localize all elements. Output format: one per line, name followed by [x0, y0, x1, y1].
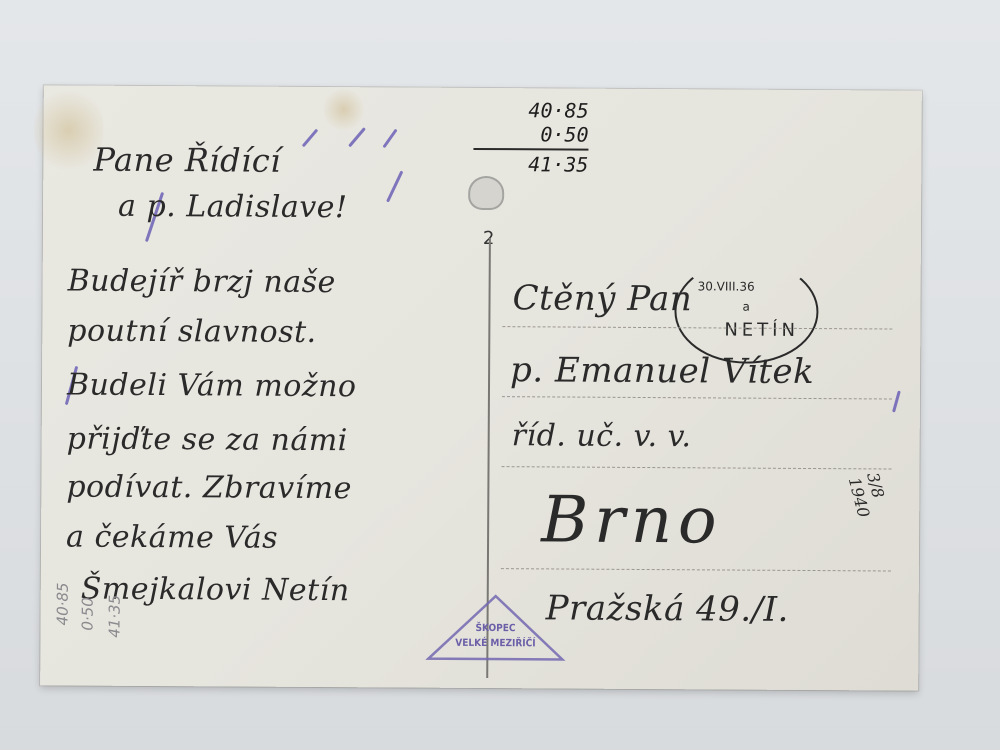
message-line: Budejíř brzj naše	[68, 263, 336, 300]
message-line: poutní slavnost.	[67, 313, 317, 350]
embossed-seal-icon	[468, 176, 504, 210]
calc-line-1: 40·85	[484, 98, 589, 123]
address-salutation: Ctěný Pan	[512, 278, 692, 319]
address-line	[501, 568, 891, 572]
blue-pencil-mark	[386, 170, 403, 202]
message-line: a p. Ladislave!	[118, 189, 348, 225]
address-title: říd. uč. v. v.	[512, 418, 692, 454]
address-line	[502, 466, 892, 470]
message-line: Pane Řídící	[93, 141, 281, 180]
blue-pencil-mark	[892, 391, 901, 413]
calc-line-2: 0·50	[483, 122, 588, 147]
address-line	[502, 396, 892, 400]
pencil-note-line: 40·85	[53, 582, 73, 625]
age-stain	[324, 87, 364, 132]
address-name: p. Emanuel Vítek	[510, 350, 814, 392]
postcard: 40·85 0·50 41·35 2 Pane Řídící a p. Ladi…	[40, 85, 922, 690]
blue-pencil-mark	[382, 129, 397, 149]
pencil-note-line: 41·35	[105, 595, 123, 638]
address-street: Pražská 49./I.	[546, 588, 789, 629]
calc-rule	[473, 148, 588, 151]
handwritten-date: 3/8 1940	[845, 470, 892, 519]
publisher-stamp-line-2: VELKÉ MEZIŘÍČÍ	[425, 638, 565, 650]
calc-total: 41·35	[483, 152, 588, 177]
blue-pencil-mark	[302, 129, 319, 148]
message-line: přijďte se za námi	[67, 421, 348, 458]
message-line: Budeli Vám možno	[67, 367, 357, 404]
pencil-side-note: 40·85	[53, 582, 73, 625]
publisher-stamp-line-1: ŠKOPEC	[425, 623, 565, 635]
postmark-place: NETÍN	[724, 319, 799, 340]
message-line: podívat. Zbravíme	[66, 469, 352, 506]
pencil-note-line: 0·50	[79, 597, 97, 631]
price-calculation: 40·85 0·50 41·35	[483, 98, 588, 177]
address-city: Brno	[541, 483, 723, 558]
postmark-date: 30.VIII.36	[698, 279, 755, 293]
message-line: a čekáme Vás	[66, 519, 278, 555]
postmark-letter: a	[742, 300, 749, 314]
